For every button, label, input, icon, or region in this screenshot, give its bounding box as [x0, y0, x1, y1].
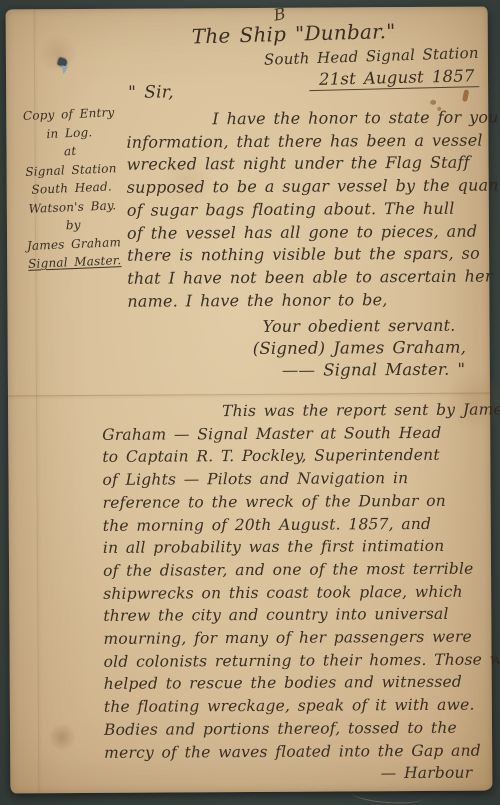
annotation-line: old colonists returning to their homes. … [104, 648, 488, 673]
salutation: " Sir, [128, 82, 174, 102]
letter-title: The Ship "Dunbar." [191, 19, 395, 49]
letter-line: name. I have the honor to be, [127, 288, 485, 313]
annotation-line: to Captain R. T. Pockley, Superintendent [102, 444, 486, 469]
annotation-paragraph: This was the report sent by JamesGraham … [102, 399, 488, 787]
paper-stain [462, 89, 469, 102]
letter-line: wrecked last night under the Flag Staff [126, 152, 484, 177]
annotation-line: mercy of the waves floated into the Gap … [104, 739, 488, 764]
letter-line: that I have not been able to ascertain h… [127, 265, 485, 290]
letter-line: information, that there has been a vesse… [126, 129, 484, 154]
letter-line: there is nothing visible but the spars, … [127, 243, 485, 268]
letter-line: supposed to be a sugar vessel by the qua… [127, 175, 485, 200]
annotation-line: helped to rescue the bodies and witnesse… [104, 671, 488, 696]
letter-line: of sugar bags floating about. The hull [127, 197, 485, 222]
letter-line: I have the honor to state for your [126, 107, 484, 132]
letter-line: of the vessel has all gone to pieces, an… [127, 220, 485, 245]
annotation-line: Graham — Signal Master at South Head [102, 421, 486, 446]
signature-title-line: —— Signal Master. " [282, 360, 466, 380]
date-line: 21st August 1857 [309, 66, 479, 91]
letter-body: I have the honor to state for yourinform… [126, 107, 485, 314]
station-line: South Head Signal Station [264, 44, 479, 69]
annotation-line: — Harbour [104, 762, 488, 787]
annotation-line: mourning, for many of her passengers wer… [103, 626, 487, 651]
paper-stain [430, 100, 436, 105]
closing-line: Your obedient servant. [262, 316, 455, 336]
paper-stain [47, 724, 77, 750]
annotation-line: of the disaster, and one of the most ter… [103, 557, 487, 582]
annotation-line: of Lights — Pilots and Navigation in [102, 467, 486, 492]
annotation-line: threw the city and country into universa… [103, 603, 487, 628]
photo-backdrop: B The Ship "Dunbar." South Head Signal S… [0, 0, 500, 805]
margin-note-line: Signal Master. [15, 251, 134, 274]
annotation-line: This was the report sent by James [102, 399, 486, 424]
annotation-line: reference to the wreck of the Dunbar on [103, 489, 487, 514]
annotation-line: in all probability was the first intimat… [103, 535, 487, 560]
annotation-line: Bodies and portions thereof, tossed to t… [104, 716, 488, 741]
annotation-line: the floating wreckage, speak of it with … [104, 694, 488, 719]
signature-line: (Signed) James Graham, [253, 338, 467, 358]
letter-page: B The Ship "Dunbar." South Head Signal S… [6, 7, 493, 794]
fold-crease-horizontal [8, 393, 490, 397]
annotation-line: the morning of 20th August. 1857, and [103, 512, 487, 537]
annotation-line: shipwrecks on this coast took place, whi… [103, 580, 487, 605]
paper-stain [36, 35, 80, 71]
margin-note: Copy of Entryin Log.atSignal StationSout… [9, 103, 134, 274]
